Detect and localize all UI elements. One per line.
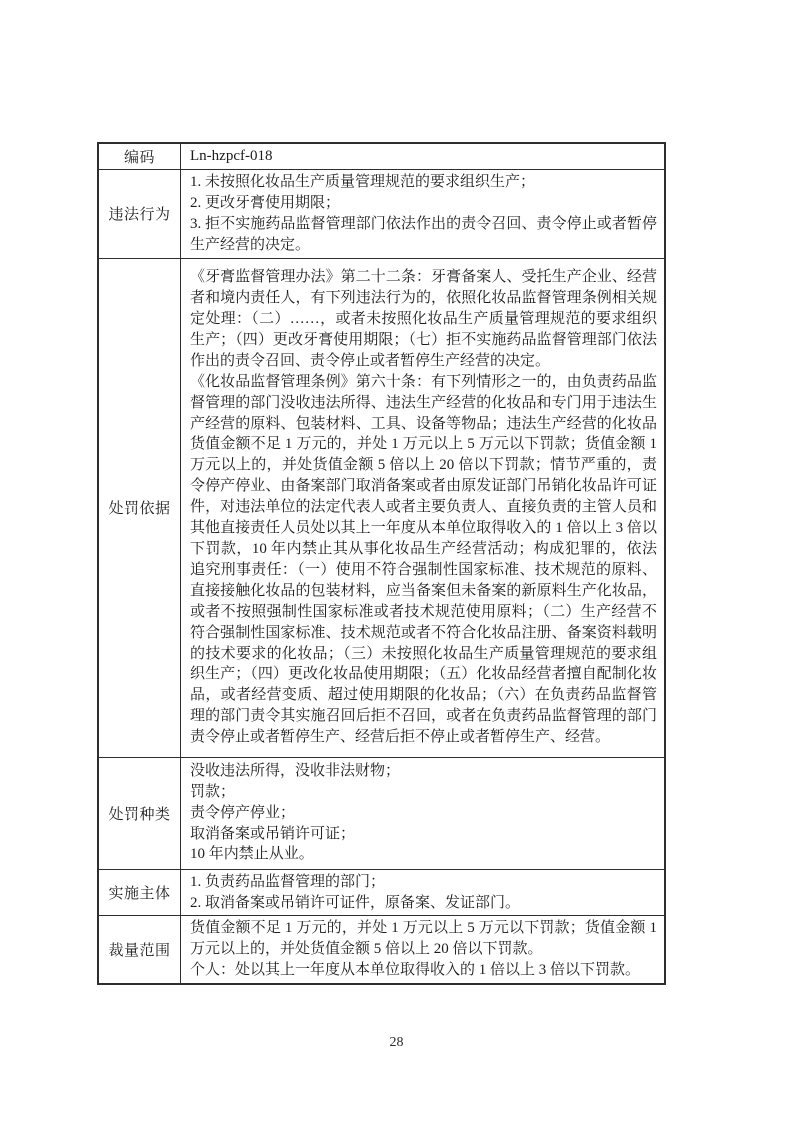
page-number: 28	[0, 1035, 793, 1051]
content-paragraph: 个人：处以其上一年度从本单位取得收入的 1 倍以上 3 倍以下罚款。	[190, 960, 657, 981]
content-paragraph: 10 年内禁止从业。	[190, 844, 657, 865]
row-label: 违法行为	[98, 170, 181, 259]
row-content: Ln-hzpcf-018	[181, 143, 666, 170]
regulation-table: 编码 Ln-hzpcf-018 违法行为 1. 未按照化妆品生产质量管理规范的要…	[97, 142, 666, 985]
content-paragraph: 2. 更改牙膏使用期限；	[190, 193, 657, 214]
table-row: 处罚依据 《牙膏监督管理办法》第二十二条：牙膏备案人、受托生产企业、经营者和境内…	[98, 258, 665, 757]
row-label: 裁量范围	[98, 916, 181, 984]
regulation-table-body: 编码 Ln-hzpcf-018 违法行为 1. 未按照化妆品生产质量管理规范的要…	[98, 143, 665, 984]
table-row: 违法行为 1. 未按照化妆品生产质量管理规范的要求组织生产；2. 更改牙膏使用期…	[98, 170, 665, 259]
table-row: 裁量范围 货值金额不足 1 万元的，并处 1 万元以上 5 万元以下罚款；货值金…	[98, 916, 665, 984]
content-paragraph: 没收违法所得，没收非法财物；	[190, 761, 657, 782]
content-paragraph: 货值金额不足 1 万元的，并处 1 万元以上 5 万元以下罚款；货值金额 1 万…	[190, 918, 657, 960]
row-content: 1. 负责药品监督管理的部门；2. 取消备案或吊销许可证件，原备案、发证部门。	[181, 869, 666, 916]
content-paragraph: 责令停产停业；	[190, 803, 657, 824]
row-content: 没收违法所得，没收非法财物；罚款；责令停产停业；取消备案或吊销许可证；10 年内…	[181, 757, 666, 869]
row-label: 实施主体	[98, 869, 181, 916]
table-row: 编码 Ln-hzpcf-018	[98, 143, 665, 170]
content-paragraph: 3. 拒不实施药品监督管理部门依法作出的责令召回、责令停止或者暂停生产经营的决定…	[190, 214, 657, 256]
content-paragraph: Ln-hzpcf-018	[190, 146, 657, 167]
content-paragraph: 《牙膏监督管理办法》第二十二条：牙膏备案人、受托生产企业、经营者和境内责任人，有…	[190, 267, 657, 372]
content-paragraph: 1. 负责药品监督管理的部门；	[190, 872, 657, 893]
row-label: 编码	[98, 143, 181, 170]
row-content: 货值金额不足 1 万元的，并处 1 万元以上 5 万元以下罚款；货值金额 1 万…	[181, 916, 666, 984]
content-paragraph: 2. 取消备案或吊销许可证件，原备案、发证部门。	[190, 893, 657, 914]
row-label: 处罚种类	[98, 757, 181, 869]
table-row: 实施主体 1. 负责药品监督管理的部门；2. 取消备案或吊销许可证件，原备案、发…	[98, 869, 665, 916]
row-content: 1. 未按照化妆品生产质量管理规范的要求组织生产；2. 更改牙膏使用期限；3. …	[181, 170, 666, 259]
table-row: 处罚种类 没收违法所得，没收非法财物；罚款；责令停产停业；取消备案或吊销许可证；…	[98, 757, 665, 869]
row-content: 《牙膏监督管理办法》第二十二条：牙膏备案人、受托生产企业、经营者和境内责任人，有…	[181, 258, 666, 757]
row-label: 处罚依据	[98, 258, 181, 757]
content-paragraph: 《化妆品监督管理条例》第六十条：有下列情形之一的，由负责药品监督管理的部门没收违…	[190, 372, 657, 748]
content-paragraph: 罚款；	[190, 782, 657, 803]
content-paragraph: 取消备案或吊销许可证；	[190, 824, 657, 845]
content-paragraph: 1. 未按照化妆品生产质量管理规范的要求组织生产；	[190, 172, 657, 193]
document-page: 编码 Ln-hzpcf-018 违法行为 1. 未按照化妆品生产质量管理规范的要…	[0, 0, 793, 1122]
